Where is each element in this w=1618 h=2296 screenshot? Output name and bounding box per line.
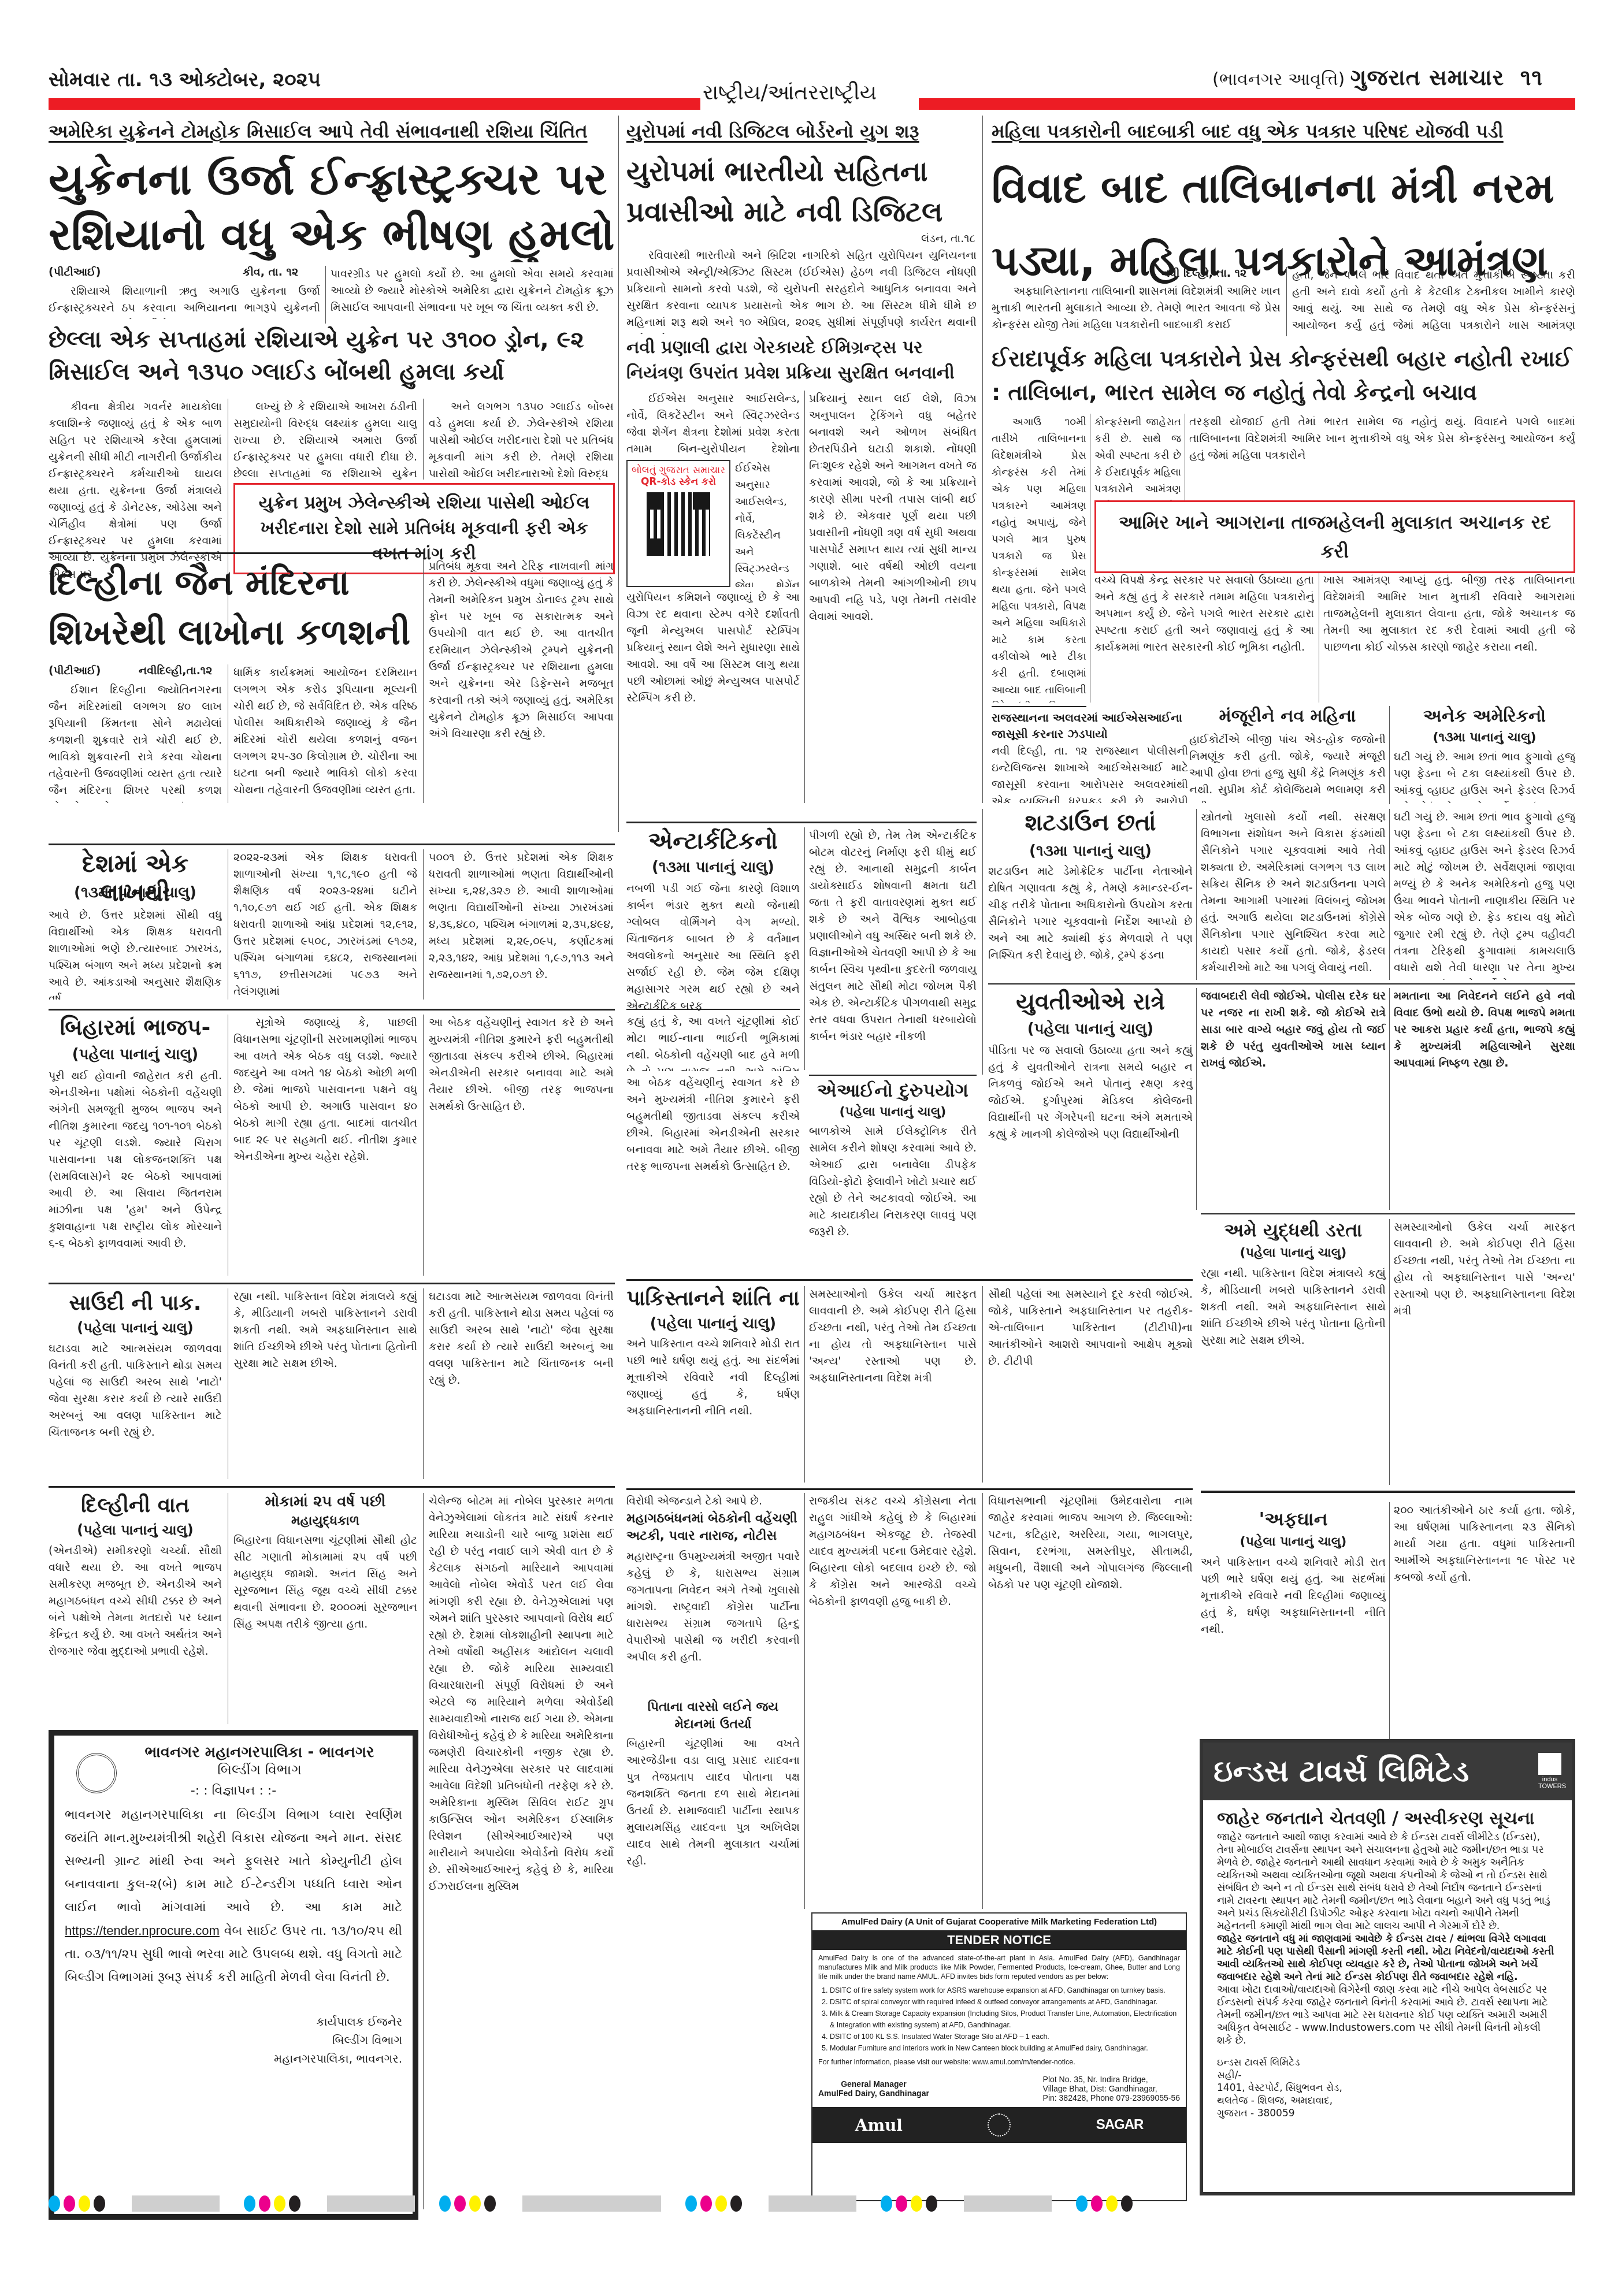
pak-peace-title: પાકિસ્તાનને શાંતિ ના xyxy=(626,1286,800,1311)
column-rule xyxy=(423,1015,424,1276)
taliban-subhead: ઈરાદાપૂર્વક મહિલા પત્રકારોને પ્રેસ કોન્ફ… xyxy=(992,342,1575,410)
antarctic-cont: (૧૩મા પાનાનું ચાલુ) xyxy=(626,859,800,876)
story-divider xyxy=(992,706,1086,707)
story-divider xyxy=(49,1486,615,1488)
delhi-title: દિલ્હીની વાત xyxy=(49,1493,222,1518)
saudi-body: ઘટાડવા માટે આત્મસંયમ જાળવવા વિનંતી કરી હ… xyxy=(49,1340,222,1479)
story-divider xyxy=(49,844,615,845)
cyan-dot xyxy=(439,2195,451,2212)
magenta-dot xyxy=(454,2195,466,2212)
amul-intro: AmulFed Dairy is one of the advanced sta… xyxy=(812,1950,1186,1985)
saudi-cont: (પહેલા પાનાનું ચાલુ) xyxy=(49,1320,222,1336)
taliban-col5: ખાસ આમંત્રણ આપ્યું હતું. બીજી તરફ તાલિબા… xyxy=(1323,572,1575,703)
column-rule xyxy=(982,809,983,1075)
ukraine-dateline: કીવ, તા. ૧૨ xyxy=(243,266,298,278)
lakh-cont: (૧૩મા પાનાનું ચાલુ) xyxy=(49,884,222,902)
ukraine-subhead: છેલ્લા એક સપ્તાહમાં રશિયાએ યુક્રેન પર ૩૧… xyxy=(49,324,615,393)
rjd-body: મહારાષ્ટ્રના ઉપમુખ્યમંત્રી અજીત પવારે કહ… xyxy=(626,1548,800,1699)
cyan-dot xyxy=(685,2195,697,2212)
yuvti-col2: જવાબદારી લેવી જોઈએ. પોલીસ દરેક ઘર પર નજર… xyxy=(1201,988,1386,1210)
black-dot xyxy=(730,2195,742,2212)
delhi-cont: (પહેલા પાનાનું ચાલુ) xyxy=(49,1522,222,1538)
column-rule xyxy=(423,399,424,480)
tender-item: Modular Furniture and interiors work in … xyxy=(830,2042,1180,2054)
story-divider xyxy=(809,1075,977,1076)
story-divider xyxy=(988,983,1575,984)
column-rule xyxy=(982,116,983,803)
paper-name: ગુજરાત સમાચાર xyxy=(1350,65,1504,90)
yuddh-title: અમે યુદ્ધથી ડરતા xyxy=(1201,1219,1386,1241)
indus-para-3: આવા ખોટા દાવાઓ/વાયદાઓ વિગેરેની જાણ કરવા … xyxy=(1203,1983,1572,2047)
column-rule xyxy=(228,1493,228,1724)
column-rule xyxy=(804,1493,805,1909)
column-rule xyxy=(1196,809,1197,980)
tender-notice-bar: TENDER NOTICE xyxy=(812,1930,1186,1950)
antarctic-col2: પીગળી રહ્યો છે, તેમ તેમ એન્ટાર્કટિક બોટમ… xyxy=(809,827,977,1070)
bmc-signature: કાર્યપાલક ઈજનેર બિલ્ડીંગ વિભાગ મહાનગરપાલ… xyxy=(65,2012,402,2068)
grey-bar xyxy=(769,2195,856,2212)
rjd-kicker: વિરોધી એજન્ડાને ટેકો આપે છે. xyxy=(626,1493,800,1510)
amul-logos-bar: Amul SAGAR xyxy=(812,2107,1186,2143)
manjuri-title: મંજૂરીને નવ મહિના xyxy=(1189,706,1386,727)
amul-logo: Amul xyxy=(855,2116,903,2135)
indus-signature: ઇન્ડસ ટાવર્સ લિમિટેડ સહી/- 1401, વેસ્ટપો… xyxy=(1203,2047,1572,2128)
grey-bar xyxy=(327,2195,415,2212)
amul-org: AmulFed Dairy (A Unit of Gujarat Coopera… xyxy=(812,1914,1186,1930)
story-divider xyxy=(1201,1213,1575,1214)
column-rule xyxy=(228,664,228,803)
europe-col1-bottom: યુરોપિયન કમિશને જણાવ્યું છે કે આ વિઝા રદ… xyxy=(626,589,800,803)
amul-tender-advertisement: AmulFed Dairy (A Unit of Gujarat Coopera… xyxy=(811,1912,1187,2201)
delhi-body: (એનડીએ) સમીકરણો ચર્ચ્યા. સૌથી વધારે થયા … xyxy=(49,1543,222,1722)
lakh-col1: આવે છે. ઉત્તર પ્રદેશમાં સૌથી વધુ વિદ્યાર… xyxy=(49,907,222,1000)
cyan-dot xyxy=(244,2195,255,2212)
qr-promo-box[interactable]: બોલતું ગુજરાત સમાચાર QR-કોડ સ્કેન કરો xyxy=(626,460,730,587)
magenta-dot xyxy=(700,2195,712,2212)
bihar-col4: કહ્યું હતું કે, આ વખતે ચૂંટણીમાં કોઈ મોટ… xyxy=(626,1013,800,1071)
lakh-col3: ૫૦૦૧ છે. ઉત્તર પ્રદેશમાં એક શિક્ષક ધરાવત… xyxy=(429,849,614,1000)
ai-title: એઆઈનો દુરુપયોગ xyxy=(809,1079,977,1101)
bihar-col2: સૂત્રોએ જણાવ્યું કે, પાછલી વિધાનસભા ચૂંટ… xyxy=(233,1015,417,1276)
europe-lead: રવિવારથી ભારતીયો અને બ્રિટિશ નાગરિકો સહિ… xyxy=(626,247,977,334)
ai-cont: (પહેલા પાનાનું ચાલુ) xyxy=(809,1105,977,1119)
column-rule xyxy=(423,1493,424,2209)
story-divider xyxy=(49,552,425,554)
masthead-red-bar-left xyxy=(49,98,700,110)
ukraine-col4: લખ્યું છે કે રશિયાએ આખરા ઠંડીની સમુદાયોન… xyxy=(233,399,417,480)
cyan-dot xyxy=(881,2195,892,2212)
tender-item: DSITC of fire safety system work for ASR… xyxy=(830,1985,1180,1996)
antarctic-title: એન્ટાર્કટિકનો xyxy=(626,827,800,855)
moka-body: બિહારના વિધાનસભા ચૂંટણીમાં સૌથી હોટ સીટ … xyxy=(233,1532,417,1723)
taliban-col3: તરફથી યોજાઈ હતી તેમાં ભારત સામેલ જ નહોતુ… xyxy=(1189,414,1575,500)
column-rule xyxy=(423,558,424,803)
bihar-col1: પૂરી થઈ હોવાની જાહેરાત કરી હતી. એનડીએના … xyxy=(49,1068,222,1276)
taliban-dateline: નવી દિલ્હી, તા. ૧૨ xyxy=(1161,267,1246,280)
bmc-body: ભાવનગર મહાનગરપાલિકા ના બિલ્ડીંગ વિભાગ ધ્… xyxy=(65,1804,402,1989)
pak-peace-col1: અને પાકિસ્તાન વચ્ચે શનિવારે મોડી રાત પછી… xyxy=(626,1336,800,1480)
bmc-notice-label: -: : વિજ્ઞાપન : :- xyxy=(65,1784,402,1798)
yellow-dot xyxy=(1106,2195,1118,2212)
tender-url-link[interactable]: https://tender.nprocure.com xyxy=(65,1923,220,1938)
amul-footer: General Manager AmulFed Dairy, Gandhinag… xyxy=(812,2070,1186,2107)
black-dot xyxy=(1121,2195,1133,2212)
indus-towers-advertisement: ઇન્ડસ ટાવર્સ લિમિટેડ indus TOWERS જાહેર … xyxy=(1200,1739,1575,2195)
indus-title-bar: ઇન્ડસ ટાવર્સ લિમિટેડ indus TOWERS xyxy=(1203,1743,1572,1800)
europe-headline: યુરોપમાં ભારતીયો સહિતના પ્રવાસીઓ માટે નવ… xyxy=(626,151,977,233)
shutdown-cont: (૧૩મા પાનાનું ચાલુ) xyxy=(988,842,1193,860)
afghan-cont: (પહેલા પાનાનું ચાલુ) xyxy=(1201,1535,1386,1549)
column-rule xyxy=(423,1288,424,1479)
taliban-col4: વચ્ચે વિપક્ષે કેન્દ્ર સરકાર પર સવાલો ઉઠા… xyxy=(1094,572,1314,703)
afghan-col2: ૨૦૦ આતંકીઓને ઠાર કર્યા હતા. જોકે, આ ઘર્ષ… xyxy=(1394,1502,1575,1739)
afghan-title: 'અફઘાન xyxy=(1201,1508,1386,1530)
afghan-col1: અને પાકિસ્તાન વચ્ચે શનિવારે મોડી રાત પછી… xyxy=(1201,1554,1386,1739)
column-rule xyxy=(325,266,326,324)
pak-peace-col2: સમસ્યાઓનો ઉકેલ ચર્ચા મારફત લાવવાની છે. અ… xyxy=(809,1286,977,1483)
pak-peace-cont: (પહેલા પાનાનું ચાલુ) xyxy=(626,1315,800,1333)
yellow-dot xyxy=(469,2195,481,2212)
jain-dateline: નવીદિલ્હી,તા.૧૨ xyxy=(139,664,212,677)
grey-bar xyxy=(964,2195,1052,2212)
pak-saudi-col2: રહ્યા નથી. પાકિસ્તાન વિદેશ મંત્રાલયે કહ્… xyxy=(233,1288,417,1479)
story-divider xyxy=(626,1279,1193,1281)
grey-bar xyxy=(132,2195,220,2212)
story-divider xyxy=(626,822,977,823)
rajasthan-body: નવી દિલ્હી, તા. ૧૨ રાજસ્થાન પોલીસની ઇન્ટ… xyxy=(992,743,1188,803)
page-number: ૧૧ xyxy=(1520,65,1543,90)
taliban-col2: કોન્ફરંસની જાહેરાત કરી છે. સાથે જ એવી સ્… xyxy=(1094,414,1181,500)
qr-promo-line2: QR-કોડ સ્કેન કરો xyxy=(631,476,726,488)
europe-col2: પ્રક્રિયાનું સ્થાન લઈ લેશે, વિઝા અનુપાલન… xyxy=(809,391,977,803)
grey-bar xyxy=(522,2195,661,2212)
bmc-dept: બિલ્ડીંગ વિભાગ xyxy=(117,1762,402,1778)
bihar-title: બિહારમાં ભાજપ- xyxy=(49,1015,222,1041)
europe-dateline: લંડન, તા.૧૮ xyxy=(921,232,975,245)
rjd-sub: પિતાના વારસો લઈને જય મેદાનમાં ઉતર્યા xyxy=(626,1699,800,1733)
masthead-red-bar-right xyxy=(919,98,1575,110)
lakh-col2: ૨૦૨૨-૨૩માં એક શિક્ષક ધરાવતી શાળાઓની સંખ્… xyxy=(233,849,417,1000)
tender-items-list: DSITC of fire safety system work for ASR… xyxy=(812,1985,1186,2054)
europe-col1-top: ઈઈએસ અનુસાર આઈસલેન્ડ, નોર્વે, લિકટેંસ્ટી… xyxy=(626,391,800,458)
jain-col2: ધાર્મિક કાર્યક્રમમાં આયોજન દરમિયાન લગભગ … xyxy=(233,664,417,803)
cyan-dot xyxy=(1076,2195,1088,2212)
yuddh-col1: રહ્યા નથી. પાકિસ્તાન વિદેશ મંત્રાલયે કહ્… xyxy=(1201,1265,1386,1485)
shutdown-col2: સ્ત્રોતનો ખુલાસો કર્યો નથી. સંરક્ષણ વિભા… xyxy=(1201,809,1386,980)
tender-item: DSITC of spiral conveyor with required i… xyxy=(830,1996,1180,2008)
column-rule xyxy=(1389,1219,1390,1485)
column-rule xyxy=(1185,414,1185,500)
magenta-dot xyxy=(64,2195,75,2212)
edition-label: (ભાવનગર આવૃત્તિ) xyxy=(1212,69,1345,90)
column-rule xyxy=(804,827,805,1070)
magenta-dot xyxy=(896,2195,907,2212)
rjd-title: મહાગઠબંધનમાં બેઠકોની વહેંચણી અટકી, પવાર … xyxy=(626,1510,800,1545)
antarctic-col1: નબળી પડી ગઈ જેના કારણે વિશાળ કાર્બન ભંડા… xyxy=(626,880,800,1011)
story-divider xyxy=(626,1488,1193,1490)
rajasthan-kicker: રાજસ્થાનના અલવરમાં આઈએસઆઈના જાસૂસી કરનાર… xyxy=(992,709,1188,742)
bmc-org: ભાવનગર મહાનગરપાલિકા - ભાવનગર xyxy=(117,1744,402,1762)
column-rule xyxy=(1389,809,1390,980)
moka-title: મોકામાં ૨૫ વર્ષ પછી xyxy=(233,1493,417,1511)
magenta-dot xyxy=(1091,2195,1103,2212)
ukraine-col6: પ્રતિબંધ મૂકવા અને ટેરિફ નાખવાની માંગ કર… xyxy=(429,558,614,803)
shutdown-title: શટડાઉન છતાં xyxy=(988,809,1193,837)
anek-title: અનેક અમેરિકનો xyxy=(1394,706,1575,727)
qr-code-icon[interactable] xyxy=(647,492,710,556)
moka-cont: મહાયુદ્ધકાળ xyxy=(233,1514,417,1528)
column-rule xyxy=(228,849,228,1000)
bmc-seal-icon xyxy=(76,1753,117,1793)
black-dot xyxy=(94,2195,105,2212)
europe-col1-wrap: ઈઈએસ અનુસાર આઈસલેન્ડ, નોર્વે, લિકટેંસ્ટી… xyxy=(735,460,800,587)
yuvti-title: યુવતીઓએ રાત્રે xyxy=(988,988,1193,1016)
pak-saudi-col3: ઘટાડવા માટે આત્મસંયમ જાળવવા વિનંતી કરી હ… xyxy=(429,1288,614,1479)
manjuri-body: હાઈકોર્ટીએ બીજી પાંચ એડ-હોક જજોની નિમણૂં… xyxy=(1189,731,1386,803)
edition-and-paper: (ભાવનગર આવૃત્તિ) ગુજરાત સમાચાર ૧૧ xyxy=(1212,65,1543,91)
column-rule xyxy=(228,1015,228,1276)
story-divider xyxy=(1201,1491,1575,1493)
tender-item: Milk & Cream Storage Capacity expansion … xyxy=(830,2008,1180,2031)
cyan-dot xyxy=(49,2195,60,2212)
rahul-body: રાજકીય સંકટ વચ્ચે કોંગ્રેસના નેતા રાહુલ … xyxy=(809,1493,977,1909)
yuddh-col2: સમસ્યાઓનો ઉકેલ ચર્ચા મારફત લાવવાની છે. અ… xyxy=(1394,1219,1575,1485)
bihar-col3: આ બેઠક વહેંચણીનું સ્વાગત કરે છે અને મુખ્… xyxy=(429,1015,614,1276)
indus-title: ઇન્ડસ ટાવર્સ લિમિટેડ xyxy=(1213,1754,1469,1789)
column-rule xyxy=(1090,414,1090,703)
ukraine-col1: રશિયાએ શિયાળાની ઋતુ અગાઉ યુક્રેનના ઉર્જા… xyxy=(49,283,320,319)
section-label: રાષ્ટ્રીય/આંતરરાષ્ટ્રીય xyxy=(703,81,877,105)
sagar-logo: SAGAR xyxy=(1096,2117,1144,2133)
ai-body: બાળકોએ સામે ઈલેક્ટ્રોનિક રીતે સામેલ કરીન… xyxy=(809,1123,977,1273)
europe-kicker: યુરોપમાં નવી ડિજિટલ બોર્ડરનો યુગ શરૂ xyxy=(626,120,977,143)
column-rule xyxy=(1319,572,1319,703)
shutdown-col1: શટડાઉન માટે ડેમોક્રેટિક પાર્ટીના નેતાઓને… xyxy=(988,863,1193,979)
yuvti-col3: મમતાના આ નિવેદનને લઈને હવે નવો વિવાદ ઉભો… xyxy=(1394,988,1575,1210)
column-rule xyxy=(1389,1502,1390,1739)
column-rule xyxy=(804,391,805,803)
candidates-body: વિધાનસભાની ચૂંટણીમાં ઉમેદવારોના નામ જાહે… xyxy=(988,1493,1193,1909)
issue-date: સોમવાર તા. ૧૩ ઓક્ટોબર, ૨૦૨૫ xyxy=(49,68,321,91)
column-rule xyxy=(618,116,619,832)
ukraine-col2: પાવરગ્રીડ પર હુમલો કર્યો છે. આ હુમલો એવા… xyxy=(331,266,614,319)
column-rule xyxy=(982,1286,983,1483)
anek-cont: (૧૩મા પાનાનું ચાલુ) xyxy=(1394,730,1575,745)
black-dot xyxy=(289,2195,300,2212)
column-rule xyxy=(1389,988,1390,1210)
pak-peace-col3: સૌથી પહેલાં આ સમસ્યાને દૂર કરવી જોઈએ. જો… xyxy=(988,1286,1193,1483)
story-divider xyxy=(626,1009,800,1010)
jain-col1: ઈશાન દિલ્હીના જ્યોતિનગરના જૈન મંદિરમાંથી… xyxy=(49,682,222,803)
column-rule xyxy=(423,849,424,1000)
yellow-dot xyxy=(911,2195,922,2212)
yellow-dot xyxy=(79,2195,90,2212)
story-divider xyxy=(49,1283,615,1284)
cooperative-emblem-icon xyxy=(988,2113,1011,2137)
indus-horse-icon xyxy=(1538,1753,1561,1775)
amul-further-info: For further information, please visit ou… xyxy=(812,2054,1186,2070)
anek-col1: ઘટી ગયું છે. આમ છતાં ભાવ ફુગાવો હજુ પણ ફ… xyxy=(1394,749,1575,803)
jain-agency: (પીટીઆઈ) xyxy=(49,664,101,677)
bmc-tender-advertisement: ભાવનગર મહાનગરપાલિકા - ભાવનગર બિલ્ડીંગ વિ… xyxy=(49,1730,418,2220)
column-rule xyxy=(1389,706,1390,804)
column-rule xyxy=(1196,988,1197,1210)
indus-warning-heading: જાહેર જનતાને ચેતવણી / અસ્વીકરણ સૂચના xyxy=(1203,1800,1572,1831)
taj-mahal-boxed-headline: આમિર ખાને આગરાના તાજમહેલની મુલાકાત અચાનક… xyxy=(1094,500,1575,573)
magenta-dot xyxy=(259,2195,270,2212)
indus-logo: indus TOWERS xyxy=(1538,1753,1561,1790)
black-dot xyxy=(484,2195,496,2212)
rjd-sub-body: બિહારની ચૂંટણીમાં આ વખતે આરજેડીના વડા લા… xyxy=(626,1736,800,1909)
taliban-col1: અગાઉ ૧૦મી તારીખે તાલિબાનના વિદેશમંત્રીએ … xyxy=(992,414,1086,703)
mariya-story: ચેલેન્જ બોટમ માં નોબેલ પુરસ્કાર મળતા વેન… xyxy=(429,1493,614,2209)
tender-item: DSITC of 100 KL S.S. Insulated Water Sto… xyxy=(830,2031,1180,2042)
yellow-dot xyxy=(715,2195,727,2212)
black-dot xyxy=(926,2195,937,2212)
yuvti-cont: (પહેલા પાનાનું ચાલુ) xyxy=(988,1020,1193,1038)
yuvti-col1: પીડિતા પર જ સવાલો ઉઠાવ્યા હતા અને કહ્યું… xyxy=(988,1042,1193,1210)
ukraine-kicker: અમેરિકા યુક્રેનને ટોમહોક મિસાઈલ આપે તેવી… xyxy=(49,120,615,143)
yuddh-cont: (પહેલા પાનાનું ચાલુ) xyxy=(1201,1246,1386,1260)
taliban-lead-col2: હતી, જેને પગલે ભારે વિવાદ થતા અંતે મુત્ત… xyxy=(1292,267,1575,336)
column-rule xyxy=(804,1286,805,1483)
story-divider xyxy=(49,1009,615,1010)
saudi-title: સાઉદી ની પાક. xyxy=(49,1291,222,1316)
taliban-kicker: મહિલા પત્રકારોની બાદબાકી બાદ વધુ એક પત્ર… xyxy=(992,120,1575,143)
qr-promo-line1: બોલતું ગુજરાત સમાચાર xyxy=(631,465,726,476)
bihar-cont: (પહેલા પાનાનું ચાલુ) xyxy=(49,1046,222,1064)
jain-temple-headline: દિલ્હીના જૈન મંદિરના શિખરેથી લાખોના કળશન… xyxy=(49,558,425,659)
taliban-lead-col1: અફઘાનિસ્તાનના તાલિબાની શાસનમાં વિદેશમંત્… xyxy=(992,283,1281,336)
anek-col2: ઘટી ગયું છે. આમ છતાં ભાવ ફુગાવો હજુ પણ ફ… xyxy=(1394,809,1575,980)
ukraine-agency: (પીટીઆઈ) xyxy=(49,266,101,278)
column-rule xyxy=(982,1493,983,1909)
ukraine-headline: યુક્રેનના ઉર્જા ઈન્ફ્રાસ્ટ્રક્ચર પર રશિય… xyxy=(49,151,615,262)
ukraine-col5: અને લગભગ ૧૩૫૦ ગ્લાઈડ બોંબ્સ વડે હુમલા કર… xyxy=(429,399,614,480)
yellow-dot xyxy=(274,2195,285,2212)
column-rule xyxy=(1286,267,1287,336)
column-rule xyxy=(228,1288,228,1479)
print-registration-marks xyxy=(49,2195,1133,2212)
indus-para-2: જાહેર જનતાને વધુ માં જાણવામાં આવેછે કે ઈ… xyxy=(1203,1933,1572,1983)
europe-subhead: નવી પ્રણાલી દ્વારા ગેરકાયદે ઈમિગ્રન્ટ્સ … xyxy=(626,335,977,387)
bihar-col4-b: આ બેઠક વહેંચણીનું સ્વાગત કરે છે અને મુખ્… xyxy=(626,1075,800,1273)
indus-para-1: જાહેર જનતાને આથી જાણ કરવામાં આવે છે કે ઈ… xyxy=(1203,1831,1572,1933)
